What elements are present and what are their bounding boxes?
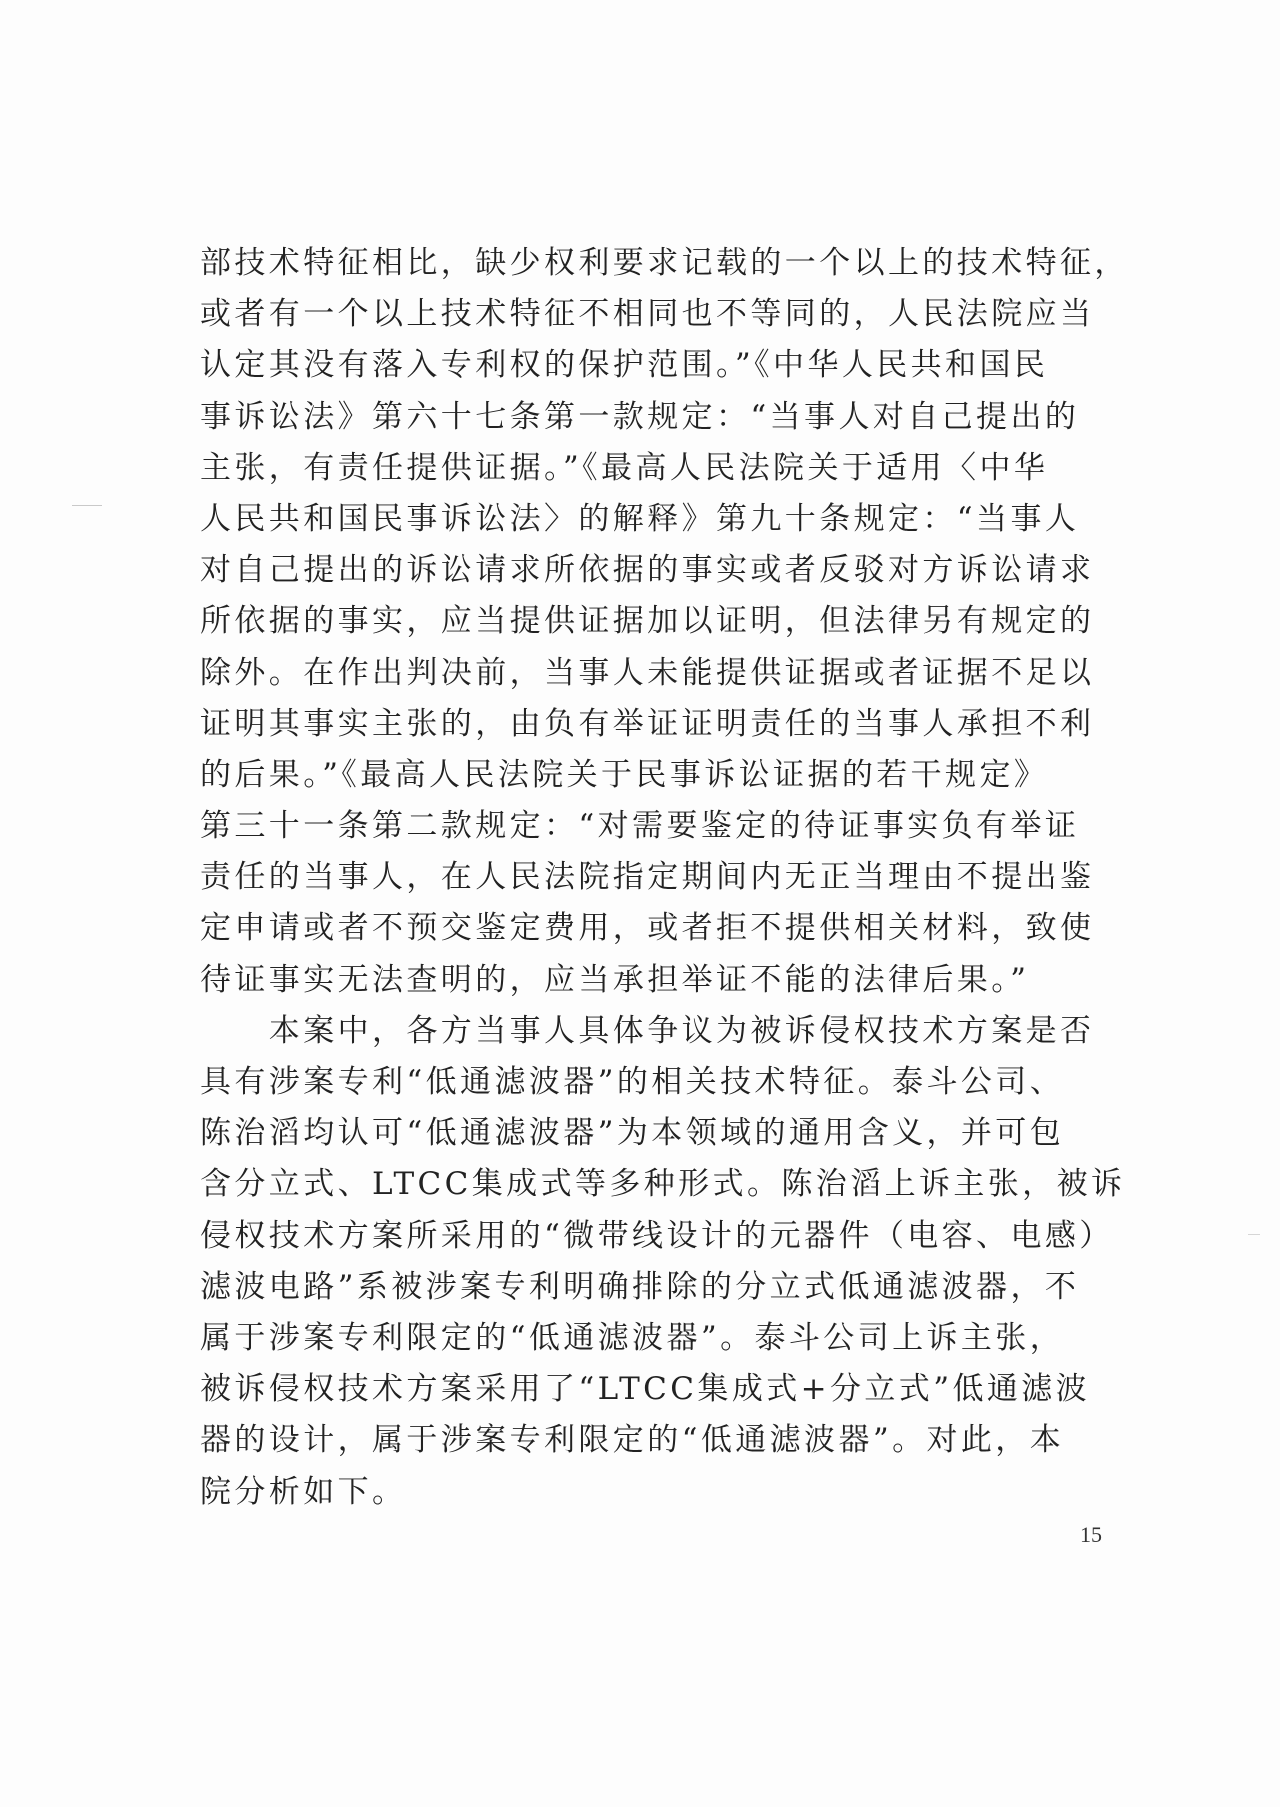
text-line: 院分析如下。 [200,1467,1112,1518]
paragraph-start-line: 本案中，各方当事人具体争议为被诉侵权技术方案是否 [200,1006,1112,1057]
text-line: 主张，有责任提供证据。”《最高人民法院关于适用〈中华 [200,443,1112,494]
text-line: 或者有一个以上技术特征不相同也不等同的，人民法院应当 [200,289,1112,340]
text-line: 含分立式、LTCC集成式等多种形式。陈治滔上诉主张，被诉 [200,1159,1112,1210]
text-line: 第三十一条第二款规定：“对需要鉴定的待证事实负有举证 [200,801,1112,852]
text-line: 定申请或者不预交鉴定费用，或者拒不提供相关材料，致使 [200,903,1112,954]
text-line: 人民共和国民事诉讼法〉的解释》第九十条规定：“当事人 [200,494,1112,545]
text-line: 的后果。”《最高人民法院关于民事诉讼证据的若干规定》 [200,750,1112,801]
text-line: 部技术特征相比，缺少权利要求记载的一个以上的技术特征， [200,238,1112,289]
text-line: 滤波电路”系被涉案专利明确排除的分立式低通滤波器，不 [200,1262,1112,1313]
text-line: 器的设计，属于涉案专利限定的“低通滤波器”。对此，本 [200,1415,1112,1466]
text-line: 所依据的事实，应当提供证据加以证明，但法律另有规定的 [200,596,1112,647]
text-line: 陈治滔均认可“低通滤波器”为本领域的通用含义，并可包 [200,1108,1112,1159]
text-line: 侵权技术方案所采用的“微带线设计的元器件（电容、电感） [200,1211,1112,1262]
text-line: 对自己提出的诉讼请求所依据的事实或者反驳对方诉讼请求 [200,545,1112,596]
text-line: 属于涉案专利限定的“低通滤波器”。泰斗公司上诉主张， [200,1313,1112,1364]
text-line: 具有涉案专利“低通滤波器”的相关技术特征。泰斗公司、 [200,1057,1112,1108]
scan-artifact [1248,1234,1260,1235]
text-line: 待证事实无法查明的，应当承担举证不能的法律后果。” [200,955,1112,1006]
text-line: 认定其没有落入专利权的保护范围。”《中华人民共和国民 [200,340,1112,391]
document-page: 部技术特征相比，缺少权利要求记载的一个以上的技术特征， 或者有一个以上技术特征不… [0,0,1280,1807]
text-line: 事诉讼法》第六十七条第一款规定：“当事人对自己提出的 [200,392,1112,443]
text-line: 除外。在作出判决前，当事人未能提供证据或者证据不足以 [200,648,1112,699]
page-number: 15 [1080,1522,1102,1548]
document-body: 部技术特征相比，缺少权利要求记载的一个以上的技术特征， 或者有一个以上技术特征不… [200,238,1112,1518]
text-line: 责任的当事人，在人民法院指定期间内无正当理由不提出鉴 [200,852,1112,903]
scan-artifact [72,505,102,506]
text-line: 被诉侵权技术方案采用了“LTCC集成式+分立式”低通滤波 [200,1364,1112,1415]
text-line: 证明其事实主张的，由负有举证证明责任的当事人承担不利 [200,699,1112,750]
